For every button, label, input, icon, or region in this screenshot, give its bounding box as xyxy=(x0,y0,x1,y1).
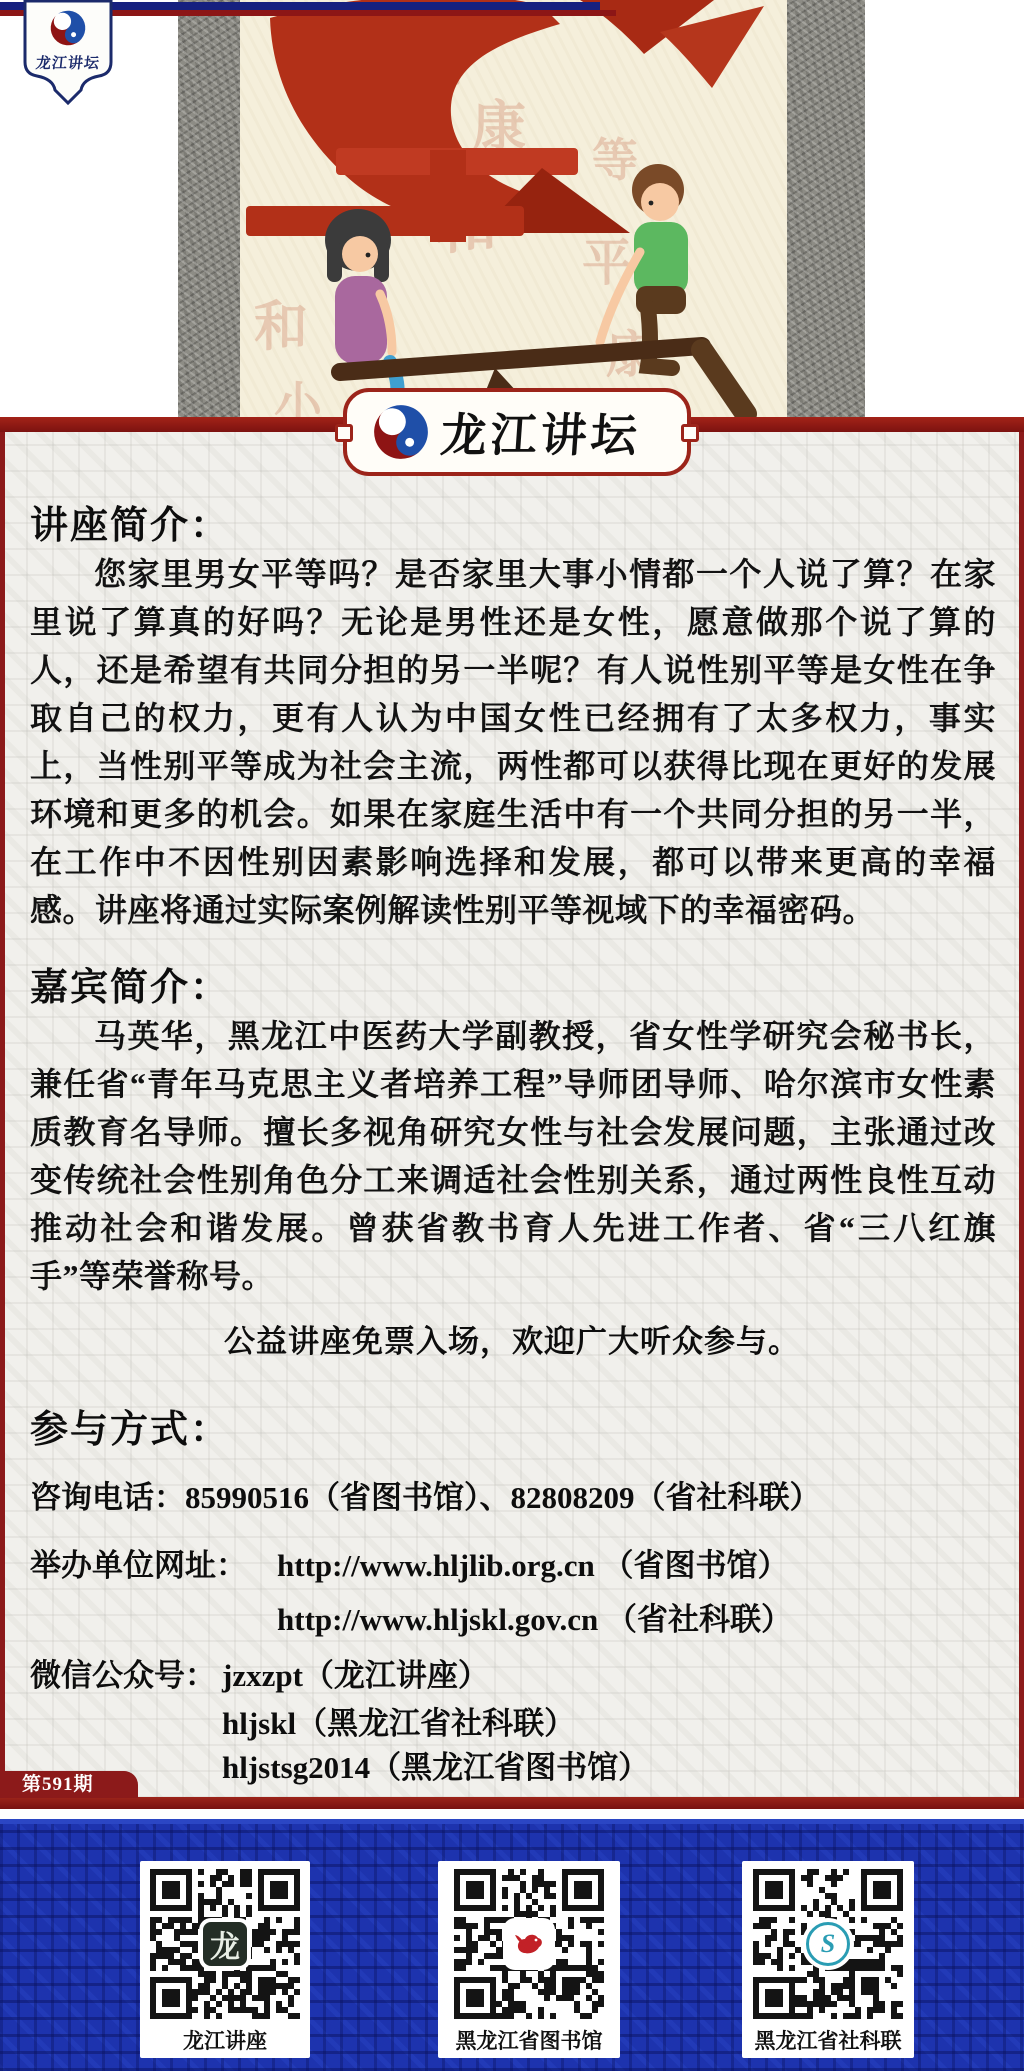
banner-ornament-left xyxy=(335,424,353,442)
federation-qr-center-logo: S xyxy=(806,1922,850,1966)
library-qr-center-logo xyxy=(507,1922,551,1966)
forum-logo-swirl-icon xyxy=(373,404,429,460)
website-federation: http://www.hljskl.gov.cn （省社科联） xyxy=(277,1594,792,1639)
red-bird-icon xyxy=(512,1927,546,1961)
wechat-account-3: hljstsg2014（黑龙江省图书馆） xyxy=(222,1742,649,1787)
qr-card-federation: S 黑龙江省社科联 xyxy=(742,1861,914,2058)
poster-illustration: 什 康 和 等 平 和 小 康 xyxy=(240,0,787,432)
forum-qr-center-logo: 龙 xyxy=(203,1922,247,1966)
banner-title: 龙江讲坛 xyxy=(439,399,644,465)
phone-label: 咨询电话： xyxy=(30,1480,185,1515)
poster-right-texture-strip xyxy=(787,0,865,432)
qr-label-library: 黑龙江省图书馆 xyxy=(456,2025,603,2055)
phone-value: 85990516（省图书馆）、82808209（省社科联） xyxy=(185,1480,821,1515)
issue-number-tab: 第591期 xyxy=(0,1771,138,1798)
website-label: 举办单位网址： xyxy=(30,1540,247,1585)
qr-label-federation: 黑龙江省社科联 xyxy=(755,2025,902,2055)
wechat-account-1: jzxzpt（龙江讲座） xyxy=(222,1650,489,1695)
wechat-account-2: hljskl（黑龙江省社科联） xyxy=(222,1698,575,1743)
guest-intro-heading: 嘉宾简介： xyxy=(30,956,230,1011)
participation-heading: 参与方式： xyxy=(30,1398,230,1453)
forum-corner-badge: 龙江讲坛 xyxy=(22,0,114,106)
lecture-intro-paragraph: 您家里男女平等吗？是否家里大事小情都一个人说了算？在家里说了算真的好吗？无论是男… xyxy=(30,550,996,934)
poster-left-texture-strip xyxy=(178,0,240,432)
banner-ornament-right xyxy=(681,424,699,442)
forum-banner: 龙江讲坛 xyxy=(343,388,691,476)
phone-line: 咨询电话：85990516（省图书馆）、82808209（省社科联） xyxy=(30,1472,821,1517)
qr-card-forum: 龙 龙江讲座 xyxy=(140,1861,310,2058)
footer-qr-section: 龙 龙江讲座 黑龙江省图书馆 S 黑龙江省社科联 xyxy=(0,1819,1024,2071)
lecture-intro-heading: 讲座简介： xyxy=(30,494,230,549)
red-character-artwork xyxy=(240,0,787,432)
left-frame-border xyxy=(0,432,5,1798)
qr-card-library: 黑龙江省图书馆 xyxy=(438,1861,620,2058)
issue-maroon-bar xyxy=(0,1797,1024,1809)
wechat-label: 微信公众号： xyxy=(30,1650,216,1695)
guest-intro-paragraph: 马英华，黑龙江中医药大学副教授，省女性学研究会秘书长，兼任省“青年马克思主义者培… xyxy=(30,1012,996,1300)
free-admission-notice: 公益讲座免票入场，欢迎广大听众参与。 xyxy=(0,1316,1024,1361)
badge-title: 龙江讲坛 xyxy=(21,52,115,73)
poster-page: 什 康 和 等 平 和 小 康 xyxy=(0,0,1024,2071)
qr-label-forum: 龙江讲座 xyxy=(183,2025,267,2055)
right-frame-border xyxy=(1019,432,1024,1798)
website-library: http://www.hljlib.org.cn （省图书馆） xyxy=(277,1540,789,1585)
